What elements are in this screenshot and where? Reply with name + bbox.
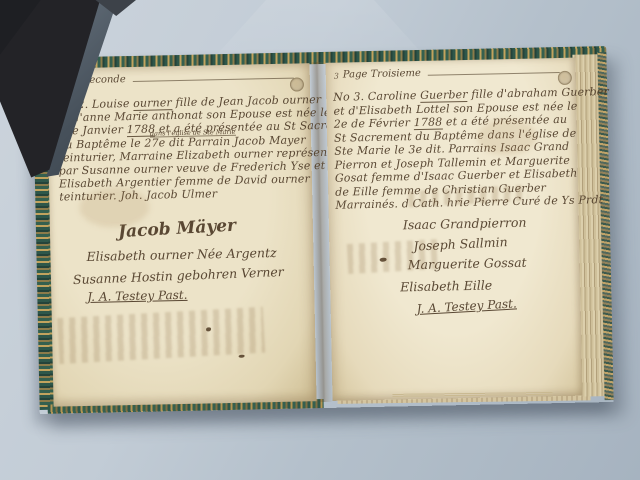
signature: Elisabeth ourner Née Argentz [86,245,283,264]
left-signature-block: Jacob Mäyer Elisabeth ourner Née Argentz… [60,216,285,305]
ink-bleedthrough-smudge [57,307,265,364]
pastor-signature: J. A. Testey Past. [416,296,528,316]
right-page-title: Page Troisieme [343,68,421,81]
header-rule [428,71,560,76]
line-text: 2e de Février [334,116,414,131]
signature: Susanne Hostin gebohren Verner [73,264,284,287]
left-baptism-entry: No 2. Louise ourner fille de Jean Jacob … [57,93,346,205]
open-register-book: Page Seconde No 2. Louise ourner fille d… [32,46,613,414]
ink-blot [239,355,245,358]
right-page: 3 Page Troisieme No 3. Caroline Guerber … [326,58,583,401]
header-rule [133,77,294,82]
right-page-header: 3 Page Troisieme [326,58,576,81]
embossed-stamp-icon [290,77,304,91]
photo-scene: Page Seconde No 2. Louise ourner fille d… [0,0,640,480]
line-text: No 3. Caroline [333,89,420,104]
signature: Isaac Grandpierron [403,215,527,233]
embossed-stamp-icon [558,71,572,85]
ink-bleedthrough-smudge [347,239,439,274]
signature: Elisabeth Eille [400,277,528,295]
line-text: fille d'abraham Guerber [468,85,609,101]
left-page: Page Seconde No 2. Louise ourner fille d… [47,63,317,406]
underlined-word: 1788 [414,115,443,130]
pastor-signature: J. A. Testey Past. [87,286,284,304]
fanned-page-corners [392,392,552,397]
folio-number: 3 [334,72,339,81]
underlined-word: Guerber [420,88,468,103]
